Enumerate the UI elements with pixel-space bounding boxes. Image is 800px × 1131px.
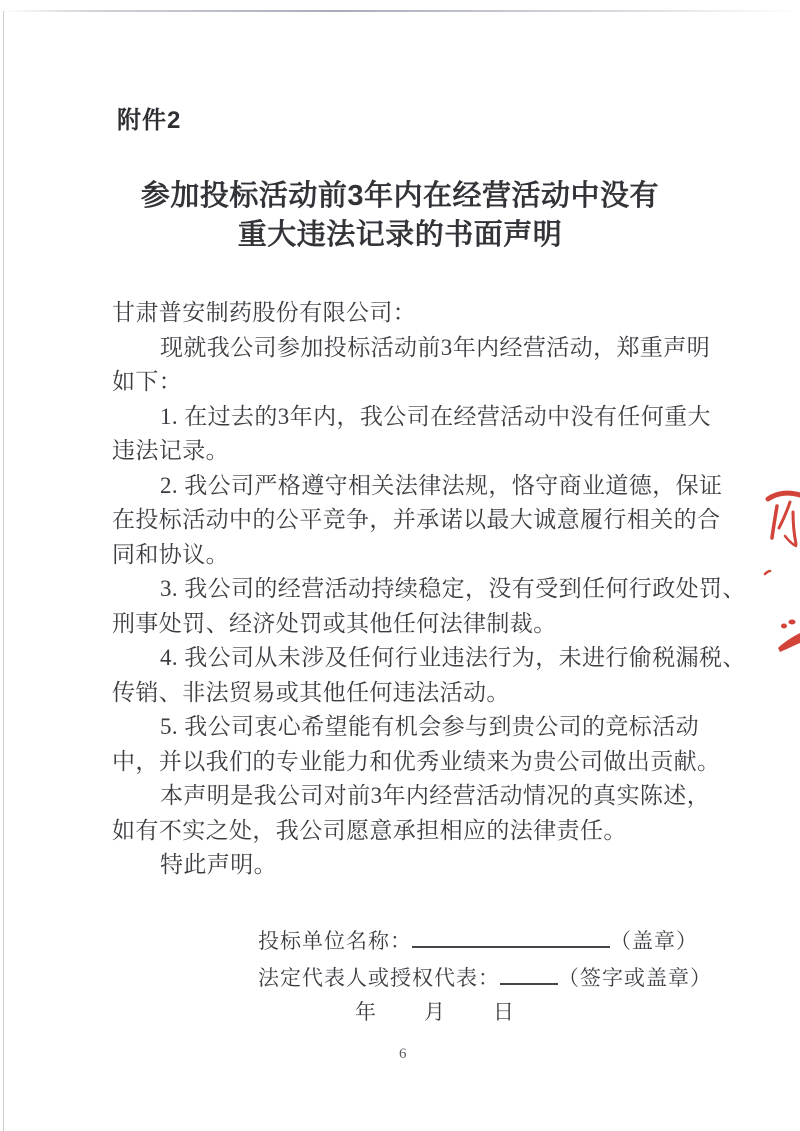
title-line-1: 参加投标活动前3年内在经营活动中没有: [141, 180, 659, 212]
body-line: 2. 我公司严格遵守相关法律法规，恪守商业道德，保证: [112, 469, 694, 504]
body-line: 4. 我公司从未涉及任何行业违法行为，未进行偷税漏税、: [112, 641, 694, 676]
body-line: 特此声明。: [112, 848, 694, 883]
company-seal-note: （盖章）: [610, 929, 698, 953]
attachment-label: 附件2: [117, 100, 181, 135]
representative-label: 法定代表人或授权代表：: [258, 966, 500, 990]
title-line-2: 重大违法记录的书面声明: [238, 219, 563, 251]
body-line: 中，并以我们的专业能力和优秀业绩来为贵公司做出贡献。: [112, 745, 694, 780]
document-title: 参加投标活动前3年内在经营活动中没有 重大违法记录的书面声明: [0, 177, 800, 255]
representative-blank: [500, 963, 558, 985]
body-line: 现就我公司参加投标活动前3年内经营活动，郑重声明: [112, 331, 694, 366]
body-line: 甘肃普安制药股份有限公司：: [112, 296, 694, 331]
scan-edge-top-line: [0, 10, 800, 12]
signature-date-row: 年 月 日: [355, 996, 516, 1026]
body-line: 如有不实之处，我公司愿意承担相应的法律责任。: [112, 814, 694, 849]
body-line: 违法记录。: [112, 434, 694, 469]
body-line: 5. 我公司衷心希望能有机会参与到贵公司的竞标活动: [112, 710, 694, 745]
signature-representative-row: 法定代表人或授权代表：（签字或盖章）: [258, 962, 712, 992]
body-line: 本声明是我公司对前3年内经营活动情况的真实陈述，: [112, 779, 694, 814]
body-line: 在投标活动中的公平竞争，并承诺以最大诚意履行相关的合: [112, 503, 694, 538]
body-line: 同和协议。: [112, 538, 694, 573]
red-seal-fragment-lower: [760, 570, 800, 660]
body-line: 3. 我公司的经营活动持续稳定，没有受到任何行政处罚、: [112, 572, 694, 607]
body-line: 如下：: [112, 365, 694, 400]
body-line: 刑事处罚、经济处罚或其他任何法律制裁。: [112, 607, 694, 642]
document-body: 甘肃普安制药股份有限公司：现就我公司参加投标活动前3年内经营活动，郑重声明如下：…: [112, 296, 694, 883]
scanned-document-page: 附件2 参加投标活动前3年内在经营活动中没有 重大违法记录的书面声明 甘肃普安制…: [0, 0, 800, 1131]
signature-company-row: 投标单位名称：（盖章）: [258, 925, 698, 955]
company-name-label: 投标单位名称：: [258, 929, 412, 953]
company-name-blank: [412, 926, 610, 948]
body-line: 1. 在过去的3年内，我公司在经营活动中没有任何重大: [112, 400, 694, 435]
representative-seal-note: （签字或盖章）: [558, 966, 712, 990]
body-line: 传销、非法贸易或其他任何违法活动。: [112, 676, 694, 711]
page-number: 6: [399, 1046, 407, 1063]
